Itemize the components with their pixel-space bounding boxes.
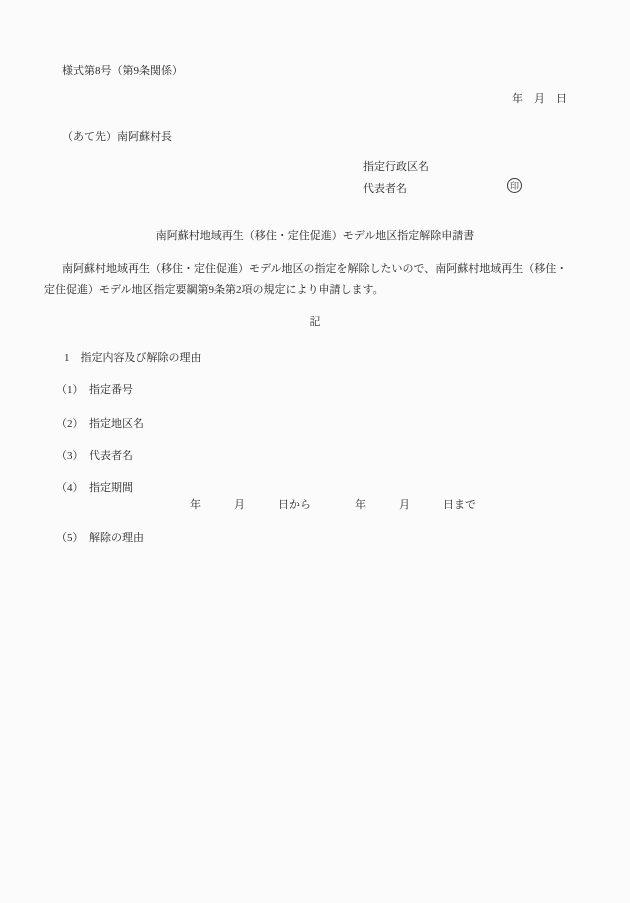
document-page: 様式第8号（第9条関係） 年 月 日 （あて先）南阿蘇村長 指定行政区名 代表者… [0,0,630,903]
record-marker: 記 [0,315,630,329]
addressee: （あて先）南阿蘇村長 [62,130,172,144]
seal-mark-icon: 印 [507,178,522,193]
item-designation-number: （1） 指定番号 [56,383,133,397]
body-paragraph-line2: 定住促進）モデル地区指定要綱第9条第2項の規定により申請します。 [44,283,384,297]
item-representative-name: （3） 代表者名 [56,449,133,463]
section-heading: 1 指定内容及び解除の理由 [64,351,202,365]
body-paragraph-line1: 南阿蘇村地域再生（移住・定住促進）モデル地区の指定を解除したいので、南阿蘇村地域… [62,262,567,276]
date-placeholder: 年 月 日 [512,92,567,106]
document-title: 南阿蘇村地域再生（移住・定住促進）モデル地区指定解除申請書 [0,229,630,243]
item-district-name: （2） 指定地区名 [56,417,144,431]
item-designation-period: （4） 指定期間 [56,481,133,495]
representative-label: 代表者名 [363,182,407,196]
designation-period-date-line: 年 月 日から 年 月 日まで [190,498,476,512]
admin-district-label: 指定行政区名 [363,160,429,174]
item-cancellation-reason: （5） 解除の理由 [56,531,144,545]
form-number: 様式第8号（第9条関係） [62,64,183,78]
